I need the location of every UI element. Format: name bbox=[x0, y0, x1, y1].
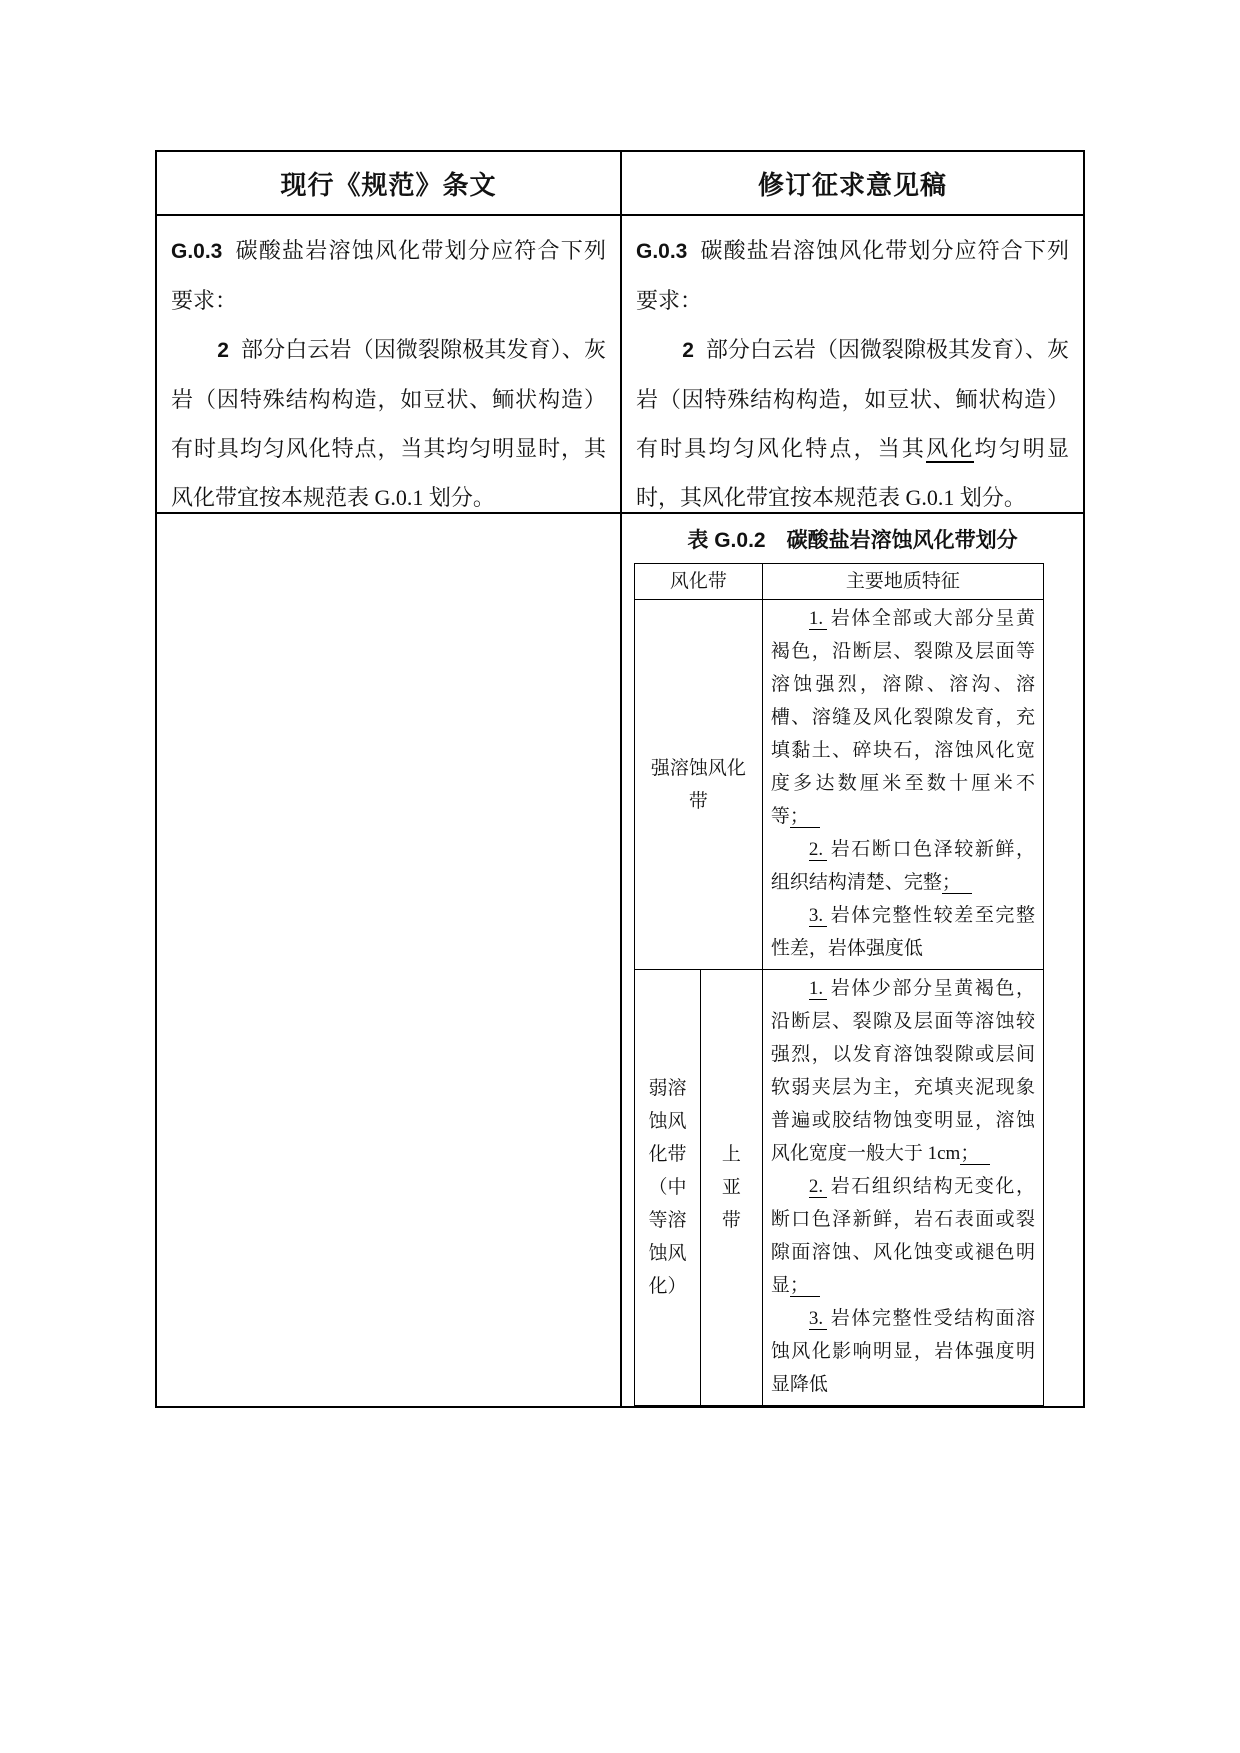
feature-text: 岩体全部或大部分呈黄褐色，沿断层、裂隙及层面等溶蚀强烈，溶隙、溶沟、溶槽、溶缝及… bbox=[771, 608, 1035, 827]
zone-cell-weak: 弱溶蚀风化带（中等溶蚀风化） bbox=[635, 970, 701, 1406]
feature-tail-mark: ； bbox=[790, 806, 820, 828]
current-item-text: 部分白云岩（因微裂隙极其发育）、灰岩（因特殊结构构造，如豆状、鲕状构造）有时具均… bbox=[171, 337, 606, 510]
weathering-zone-table: 风化带 主要地质特征 强溶蚀风化带 1.岩体全部或大部分呈黄褐色，沿断层、裂隙及… bbox=[634, 563, 1044, 1406]
column-header-zone: 风化带 bbox=[635, 564, 763, 600]
revised-added-text: 风化 bbox=[926, 436, 974, 463]
table-row-g02: 表 G.0.2 碳酸盐岩溶蚀风化带划分 风化带 主要地质特征 强溶蚀风化带 bbox=[157, 514, 1083, 1406]
revised-clause-number: G.0.3 bbox=[636, 240, 687, 263]
inner-table-title: 表 G.0.2 碳酸盐岩溶蚀风化带划分 bbox=[622, 524, 1083, 558]
table-cell-revised: 表 G.0.2 碳酸盐岩溶蚀风化带划分 风化带 主要地质特征 强溶蚀风化带 bbox=[622, 514, 1083, 1406]
feature-tail-mark: ； bbox=[960, 1143, 990, 1165]
weathering-table-header-row: 风化带 主要地质特征 bbox=[635, 564, 1044, 600]
revised-item-number: 2 bbox=[682, 339, 694, 362]
current-column-title: 现行《规范》条文 bbox=[280, 165, 496, 202]
features-cell-strong: 1.岩体全部或大部分呈黄褐色，沿断层、裂隙及层面等溶蚀强烈，溶隙、溶沟、溶槽、溶… bbox=[762, 600, 1043, 970]
feature-number: 2. bbox=[809, 839, 827, 861]
clause-cell-revised: G.0.3碳酸盐岩溶蚀风化带划分应符合下列要求： 2部分白云岩（因微裂隙极其发育… bbox=[622, 216, 1083, 512]
feature-number: 1. bbox=[809, 608, 827, 630]
empty-cell-current bbox=[157, 514, 622, 1406]
clause-row: G.0.3碳酸盐岩溶蚀风化带划分应符合下列要求： 2部分白云岩（因微裂隙极其发育… bbox=[157, 216, 1083, 514]
current-column-header: 现行《规范》条文 bbox=[157, 152, 622, 214]
current-item-number: 2 bbox=[217, 339, 229, 362]
zone-label-strong: 强溶蚀风化带 bbox=[648, 752, 749, 818]
subzone-label-upper: 上亚带 bbox=[720, 1138, 742, 1237]
comparison-table: 现行《规范》条文 修订征求意见稿 G.0.3碳酸盐岩溶蚀风化带划分应符合下列要求… bbox=[155, 150, 1085, 1408]
document-page: 现行《规范》条文 修订征求意见稿 G.0.3碳酸盐岩溶蚀风化带划分应符合下列要求… bbox=[0, 0, 1240, 1753]
feature-item: 1.岩体全部或大部分呈黄褐色，沿断层、裂隙及层面等溶蚀强烈，溶隙、溶沟、溶槽、溶… bbox=[771, 602, 1035, 833]
features-cell-weak: 1.岩体少部分呈黄褐色，沿断层、裂隙及层面等溶蚀较强烈，以发育溶蚀裂隙或层间软弱… bbox=[762, 970, 1043, 1406]
zone-label-weak: 弱溶蚀风化带（中等溶蚀风化） bbox=[647, 1072, 688, 1303]
comparison-header-row: 现行《规范》条文 修订征求意见稿 bbox=[157, 152, 1083, 216]
feature-number: 1. bbox=[809, 978, 827, 1000]
feature-item: 2.岩石组织结构无变化，断口色泽新鲜，岩石表面或裂隙面溶蚀、风化蚀变或褪色明显； bbox=[771, 1170, 1035, 1302]
current-item-paragraph: 2部分白云岩（因微裂隙极其发育）、灰岩（因特殊结构构造，如豆状、鲕状构造）有时具… bbox=[171, 325, 606, 522]
feature-number: 2. bbox=[809, 1176, 827, 1198]
feature-text: 岩体少部分呈黄褐色，沿断层、裂隙及层面等溶蚀较强烈，以发育溶蚀裂隙或层间软弱夹层… bbox=[771, 978, 1035, 1164]
feature-number: 3. bbox=[809, 1308, 827, 1330]
feature-item: 3.岩体完整性受结构面溶蚀风化影响明显，岩体强度明显降低 bbox=[771, 1302, 1035, 1401]
column-header-features: 主要地质特征 bbox=[762, 564, 1043, 600]
zone-cell-strong: 强溶蚀风化带 bbox=[635, 600, 763, 970]
table-row-strong-zone: 强溶蚀风化带 1.岩体全部或大部分呈黄褐色，沿断层、裂隙及层面等溶蚀强烈，溶隙、… bbox=[635, 600, 1044, 970]
revised-column-title: 修订征求意见稿 bbox=[758, 165, 947, 202]
table-row-weak-zone: 弱溶蚀风化带（中等溶蚀风化） 上亚带 1.岩体少部分呈黄褐色，沿断层、裂隙及层面… bbox=[635, 970, 1044, 1406]
feature-tail-mark: ； bbox=[790, 1275, 820, 1297]
subzone-cell-upper: 上亚带 bbox=[700, 970, 762, 1406]
clause-cell-current: G.0.3碳酸盐岩溶蚀风化带划分应符合下列要求： 2部分白云岩（因微裂隙极其发育… bbox=[157, 216, 622, 512]
feature-item: 1.岩体少部分呈黄褐色，沿断层、裂隙及层面等溶蚀较强烈，以发育溶蚀裂隙或层间软弱… bbox=[771, 972, 1035, 1170]
revised-intro-text: 碳酸盐岩溶蚀风化带划分应符合下列要求： bbox=[636, 238, 1069, 313]
current-clause-number: G.0.3 bbox=[171, 240, 222, 263]
current-intro-paragraph: G.0.3碳酸盐岩溶蚀风化带划分应符合下列要求： bbox=[171, 226, 606, 325]
revised-item-paragraph: 2部分白云岩（因微裂隙极其发育）、灰岩（因特殊结构构造，如豆状、鲕状构造）有时具… bbox=[636, 325, 1069, 522]
feature-number: 3. bbox=[809, 905, 827, 927]
revised-intro-paragraph: G.0.3碳酸盐岩溶蚀风化带划分应符合下列要求： bbox=[636, 226, 1069, 325]
revised-column-header: 修订征求意见稿 bbox=[622, 152, 1083, 214]
feature-item: 3.岩体完整性较差至完整性差，岩体强度低 bbox=[771, 899, 1035, 965]
feature-tail-mark: ； bbox=[942, 872, 972, 894]
current-intro-text: 碳酸盐岩溶蚀风化带划分应符合下列要求： bbox=[171, 238, 606, 313]
feature-item: 2.岩石断口色泽较新鲜，组织结构清楚、完整； bbox=[771, 833, 1035, 899]
